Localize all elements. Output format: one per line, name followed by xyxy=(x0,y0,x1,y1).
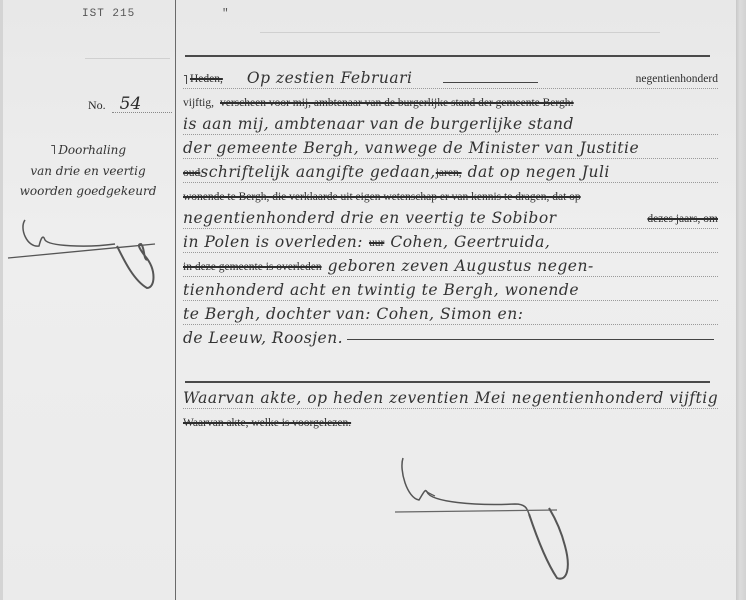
fill-line xyxy=(347,339,714,341)
margin-column-divider xyxy=(175,0,176,600)
printed-struck-text: wonende te Bergh, die verklaarde uit eig… xyxy=(183,191,581,206)
text-line-9: in deze gemeente is overleden geboren ze… xyxy=(183,254,718,277)
text-line-7: negentienhonderd drie en veertig te Sobi… xyxy=(183,206,718,229)
handwritten-text: de Leeuw, Roosjen. xyxy=(183,329,343,348)
text-line-12: de Leeuw, Roosjen. xyxy=(183,326,718,348)
printed-text: vijftig, xyxy=(183,97,214,112)
handwritten-text: in Polen is overleden: xyxy=(183,233,363,252)
header-faded-left: IST 215 xyxy=(82,8,135,20)
printed-struck-text: verscheen voor mij, ambtenaar van de bur… xyxy=(220,97,574,112)
printed-struck-text: jaren, xyxy=(436,167,462,182)
margin-signature-icon xyxy=(5,218,165,298)
margin-note-line-1: Doorhaling xyxy=(58,143,126,157)
margin-note: ˥Doorhaling van drie en veertig woorden … xyxy=(8,140,168,201)
record-number-label: No. xyxy=(88,98,106,113)
text-line-1: ˥ Heden, Op zestien Februari negentienho… xyxy=(183,66,718,89)
record-number-value: 54 xyxy=(112,96,172,113)
printed-struck-closing: Waarvan akte, welke is voorgelezen. xyxy=(183,417,351,432)
registrar-signature-icon xyxy=(385,450,585,590)
printed-text: negentienhonderd xyxy=(636,73,718,88)
handwritten-text: der gemeente Bergh, vanwege de Minister … xyxy=(183,139,639,158)
handwritten-text: is aan mij, ambtenaar van de burgerlijke… xyxy=(183,115,574,134)
caret-mark-icon: ˥ xyxy=(50,143,56,158)
fill-line xyxy=(443,82,538,83)
handwritten-date: Op zestien Februari xyxy=(247,69,413,88)
page-right-edge xyxy=(736,0,746,600)
handwritten-text: schriftelijk aangifte gedaan, xyxy=(200,163,435,182)
text-line-11: te Bergh, dochter van: Cohen, Simon en: xyxy=(183,302,718,325)
printed-struck-text: Heden, xyxy=(190,73,223,88)
closing-line-printed: Waarvan akte, welke is voorgelezen. xyxy=(183,410,718,432)
text-line-3: is aan mij, ambtenaar van de burgerlijke… xyxy=(183,112,718,135)
printed-struck-text: in deze gemeente is overleden xyxy=(183,261,322,276)
text-line-10: tienhonderd acht en twintig te Bergh, wo… xyxy=(183,278,718,301)
record-number: No. 54 xyxy=(88,96,172,113)
bleed-through-line xyxy=(85,58,170,59)
closing-line-handwritten: Waarvan akte, op heden zeventien Mei neg… xyxy=(183,386,718,409)
text-line-8: in Polen is overleden: uur Cohen, Geertr… xyxy=(183,230,718,253)
text-line-6: wonende te Bergh, die verklaarde uit eig… xyxy=(183,184,718,206)
handwritten-name: Cohen, Geertruida, xyxy=(390,233,550,252)
insertion-caret-icon: ˥ xyxy=(183,72,188,88)
text-line-5: oud schriftelijk aangifte gedaan, jaren,… xyxy=(183,160,718,183)
margin-note-line-3: woorden goedgekeurd xyxy=(8,181,168,201)
handwritten-text: te Bergh, dochter van: Cohen, Simon en: xyxy=(183,305,523,324)
printed-struck-text: uur xyxy=(369,237,384,252)
margin-note-line-2: van drie en veertig xyxy=(8,161,168,181)
header-faded-mid: " xyxy=(222,8,230,20)
handwritten-text: negentienhonderd drie en veertig te Sobi… xyxy=(183,209,557,228)
handwritten-text: geboren zeven Augustus negen- xyxy=(328,257,594,276)
handwritten-text: dat op negen Juli xyxy=(468,163,610,182)
handwritten-text: tienhonderd acht en twintig te Bergh, wo… xyxy=(183,281,579,300)
bleed-through-line xyxy=(260,32,660,33)
handwritten-closing: Waarvan akte, op heden zeventien Mei neg… xyxy=(183,389,718,408)
printed-struck-text: dezes jaars, om xyxy=(647,213,718,228)
text-line-4: der gemeente Bergh, vanwege de Minister … xyxy=(183,136,718,159)
printed-struck-text: oud xyxy=(183,167,200,182)
top-rule xyxy=(185,55,710,57)
page-left-edge xyxy=(0,0,3,600)
closing-rule xyxy=(185,381,710,383)
text-line-2: vijftig, verscheen voor mij, ambtenaar v… xyxy=(183,90,718,112)
